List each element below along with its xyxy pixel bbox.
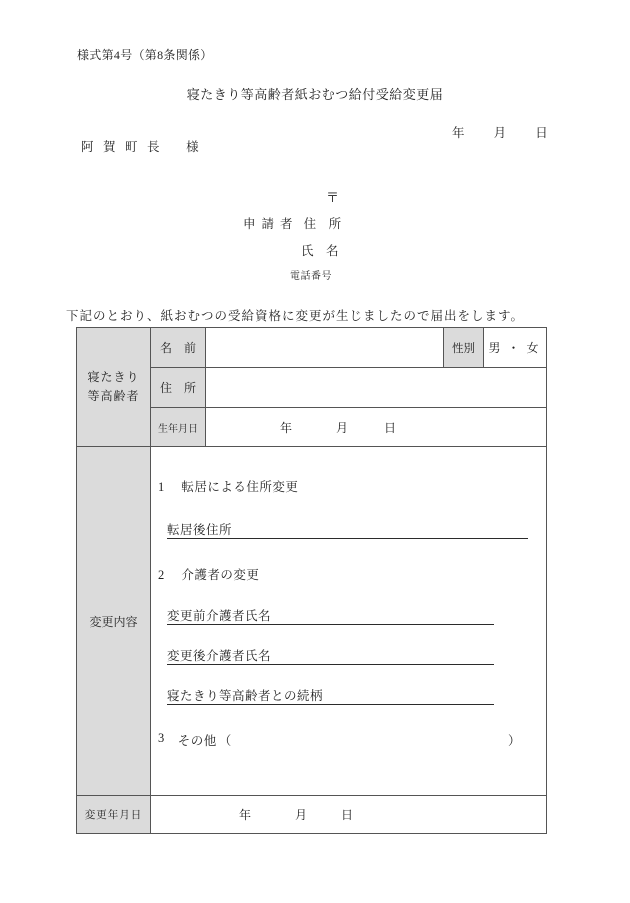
addressee-line: 阿賀町長 様 <box>81 137 199 155</box>
applicant-name-label: 氏 名 <box>301 241 339 259</box>
change-item-3: 3 その他 （ ） <box>158 731 521 749</box>
change-item-1: 1 転居による住所変更 <box>158 477 298 495</box>
caregiver-before-blank[interactable]: 変更前介護者氏名 <box>167 607 494 625</box>
name-label-cell: 名 前 <box>151 328 206 368</box>
other-paren-close: ） <box>508 731 521 749</box>
new-address-label: 転居後住所 <box>167 523 232 537</box>
change-date-input-cell[interactable]: 年 月 日 <box>151 796 547 834</box>
page-title: 寝たきり等高齢者紙おむつ給付受給変更届 <box>0 84 630 103</box>
applicant-phone-label: 電話番号 <box>290 267 332 282</box>
relation-blank[interactable]: 寝たきり等高齢者との続柄 <box>167 687 494 705</box>
birthdate-year-label: 年 <box>280 421 292 435</box>
change-date-year-label: 年 <box>239 808 251 822</box>
birthdate-day-label: 日 <box>384 421 396 435</box>
address-label-cell: 住 所 <box>151 368 206 408</box>
change-date-month-label: 月 <box>295 808 307 822</box>
header-date-line: 年 月 日 <box>452 123 548 141</box>
form-page: 様式第4号（第8条関係） 寝たきり等高齢者紙おむつ給付受給変更届 年 月 日 阿… <box>0 0 630 903</box>
change-date-day-label: 日 <box>341 808 353 822</box>
new-address-blank[interactable]: 転居後住所 <box>167 521 528 539</box>
change-item-1-number: 1 <box>158 480 165 494</box>
change-item-3-label: その他 <box>178 731 217 749</box>
caregiver-before-label: 変更前介護者氏名 <box>167 609 271 623</box>
change-item-2-number: 2 <box>158 568 165 582</box>
applicant-label: 申請者 <box>243 217 299 231</box>
header-date-day-label: 日 <box>535 126 548 140</box>
intro-text: 下記のとおり、紙おむつの受給資格に変更が生じましたので届出をします。 <box>66 306 524 324</box>
change-item-2: 2 介護者の変更 <box>158 565 259 583</box>
birthdate-label-cell: 生年月日 <box>151 408 206 447</box>
change-item-2-label: 介護者の変更 <box>181 568 259 582</box>
other-paren-open: （ <box>219 731 232 749</box>
addressee-name: 阿賀町長 <box>81 140 169 154</box>
form-number: 様式第4号（第8条関係） <box>77 46 213 63</box>
header-date-year-label: 年 <box>452 126 465 140</box>
name-input-cell[interactable] <box>206 328 444 368</box>
addressee-honorific: 様 <box>186 140 199 154</box>
caregiver-after-label: 変更後介護者氏名 <box>167 649 271 663</box>
change-content-cell: 1 転居による住所変更 転居後住所 2 介護者の変更 変更前介護者氏名 変更後介 <box>151 447 547 796</box>
postal-mark: 〒 <box>326 187 339 206</box>
elder-row-header: 寝たきり 等高齢者 <box>77 328 151 447</box>
caregiver-after-blank[interactable]: 変更後介護者氏名 <box>167 647 494 665</box>
elder-header-line1: 寝たきり <box>77 368 150 387</box>
gender-options-cell[interactable]: 男・女 <box>484 328 547 368</box>
elder-header-line2: 等高齢者 <box>77 387 150 406</box>
header-date-month-label: 月 <box>494 126 507 140</box>
applicant-address-line: 申請者 住 所 <box>243 214 341 232</box>
change-row-header: 変更内容 <box>77 447 151 796</box>
address-input-cell[interactable] <box>206 368 547 408</box>
birthdate-input-cell[interactable]: 年 月 日 <box>206 408 547 447</box>
change-item-1-label: 転居による住所変更 <box>181 480 298 494</box>
gender-label-cell: 性別 <box>444 328 484 368</box>
form-table: 寝たきり 等高齢者 名 前 性別 男・女 住 所 生年月日 年 月 日 <box>76 327 547 834</box>
change-date-row-header: 変更年月日 <box>77 796 151 834</box>
change-item-3-number: 3 <box>158 731 165 749</box>
applicant-address-label: 住 所 <box>304 217 342 231</box>
birthdate-month-label: 月 <box>336 421 348 435</box>
relation-label: 寝たきり等高齢者との続柄 <box>167 689 323 703</box>
